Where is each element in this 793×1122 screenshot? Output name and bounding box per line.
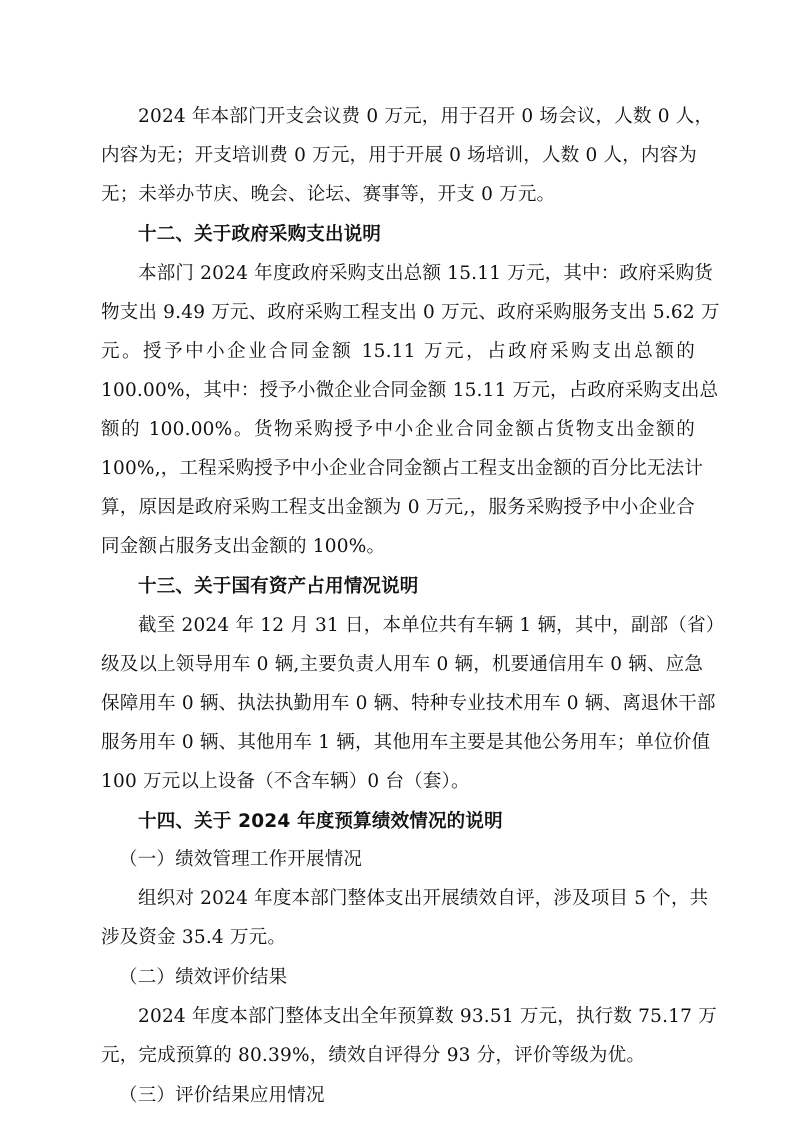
assets-line-1: 截至 2024 年 12 月 31 日，本单位共有车辆 1 辆，其中，副部（省）: [138, 611, 695, 641]
subsection-2-heading: （二）绩效评价结果: [119, 963, 287, 993]
procurement-line-4: 100.00%，其中：授予小微企业合同金额 15.11 万元，占政府采购支出总: [101, 376, 695, 406]
section-14-heading: 十四、关于 2024 年度预算绩效情况的说明: [138, 807, 503, 837]
subsection-3-heading: （三）评价结果应用情况: [119, 1081, 325, 1111]
section-13-heading: 十三、关于国有资产占用情况说明: [138, 572, 419, 602]
subsection-1-line-1: 组织对 2024 年度本部门整体支出开展绩效自评，涉及项目 5 个，共: [138, 884, 695, 914]
assets-line-5: 100 万元以上设备（不含车辆）0 台（套）。: [101, 767, 470, 797]
procurement-line-1: 本部门 2024 年度政府采购支出总额 15.11 万元，其中：政府采购货: [138, 259, 695, 289]
subsection-2-line-2: 元，完成预算的 80.39%，绩效自评得分 93 分，评价等级为优。: [101, 1041, 645, 1071]
procurement-line-2: 物支出 9.49 万元、政府采购工程支出 0 万元、政府采购服务支出 5.62 …: [101, 298, 695, 328]
procurement-line-7: 算，原因是政府采购工程支出金额为 0 万元,，服务采购授予中小企业合: [101, 493, 695, 523]
meeting-training-line-2: 内容为无；开支培训费 0 万元，用于开展 0 场培训，人数 0 人，内容为: [101, 141, 695, 171]
subsection-1-heading: （一）绩效管理工作开展情况: [119, 845, 362, 875]
assets-line-3: 保障用车 0 辆、执法执勤用车 0 辆、特种专业技术用车 0 辆、离退休干部: [101, 689, 695, 719]
procurement-line-8: 同金额占服务支出金额的 100%。: [101, 532, 385, 562]
section-12-heading: 十二、关于政府采购支出说明: [138, 220, 381, 250]
procurement-line-6: 100%,，工程采购授予中小企业合同金额占工程支出金额的百分比无法计: [101, 454, 695, 484]
procurement-line-3: 元。授予中小企业合同金额 15.11 万元，占政府采购支出总额的: [101, 337, 695, 367]
assets-line-2: 级及以上领导用车 0 辆,主要负责人用车 0 辆，机要通信用车 0 辆、应急: [101, 650, 695, 680]
meeting-training-line-1: 2024 年本部门开支会议费 0 万元，用于召开 0 场会议，人数 0 人，: [138, 102, 695, 132]
meeting-training-line-3: 无；未举办节庆、晚会、论坛、赛事等，开支 0 万元。: [101, 180, 555, 210]
subsection-2-line-1: 2024 年度本部门整体支出全年预算数 93.51 万元，执行数 75.17 万: [138, 1002, 695, 1032]
procurement-line-5: 额的 100.00%。货物采购授予中小企业合同金额占货物支出金额的: [101, 415, 695, 445]
subsection-1-line-2: 涉及资金 35.4 万元。: [101, 923, 286, 953]
assets-line-4: 服务用车 0 辆、其他用车 1 辆，其他用车主要是其他公务用车；单位价值: [101, 728, 695, 758]
